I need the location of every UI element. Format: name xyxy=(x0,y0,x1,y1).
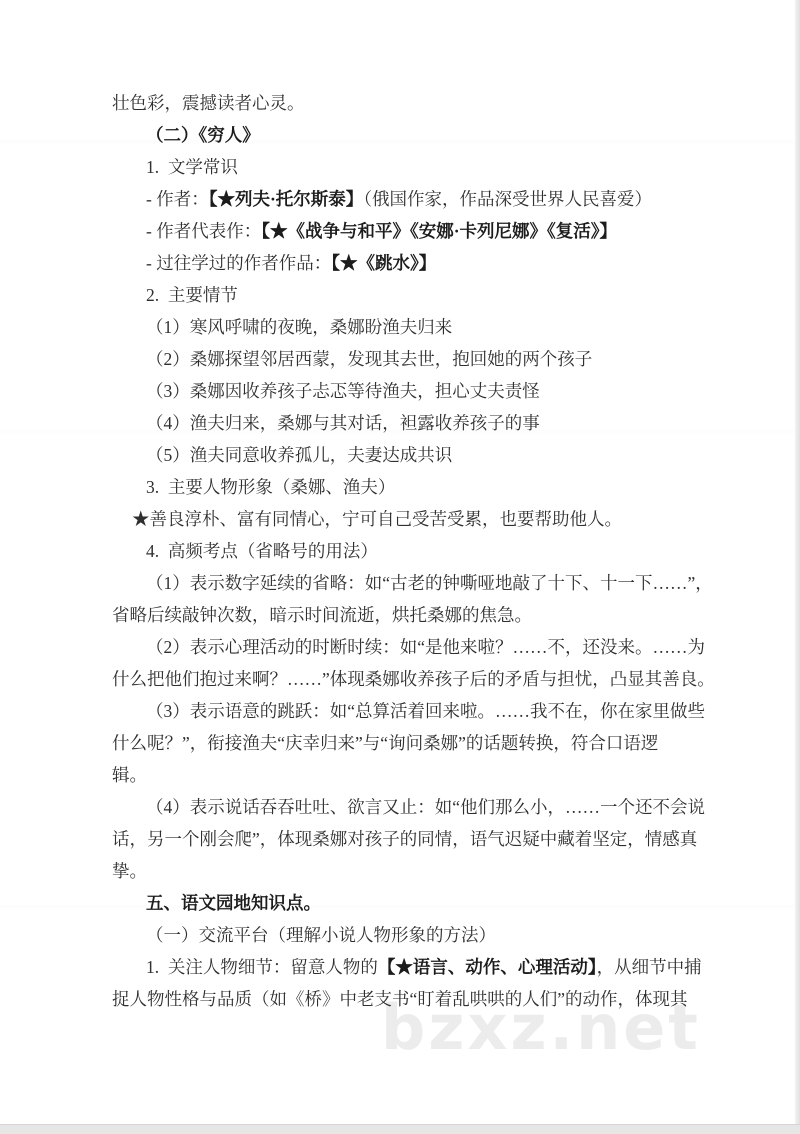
text-line: 壮色彩，震撼读者心灵。 xyxy=(112,87,690,119)
text-line: （1）寒风呼啸的夜晚，桑娜盼渔夫归来 xyxy=(146,311,690,343)
text-line: 省略后续敲钟次数，暗示时间流逝，烘托桑娜的焦急。 xyxy=(112,599,690,631)
text-line: （2）桑娜探望邻居西蒙，发现其去世，抱回她的两个孩子 xyxy=(146,343,690,375)
text-segment: （3）表示语意的跳跃：如“总算活着回来啦。……我不在，你在家里做些 xyxy=(146,701,705,721)
text-line: ★善良淳朴、富有同情心，宁可自己受苦受累，也要帮助他人。 xyxy=(132,503,690,535)
text-line: 3. 主要人物形象（桑娜、渔夫） xyxy=(146,471,690,503)
text-segment: 捉人物性格与品质（如《桥》中老支书“盯着乱哄哄的人们”的动作，体现其 xyxy=(112,989,688,1009)
text-line: （二）《穷人》 xyxy=(146,119,690,151)
text-segment: 1. 关注人物细节：留意人物的 xyxy=(146,957,378,977)
text-line: （一）交流平台（理解小说人物形象的方法） xyxy=(146,919,690,951)
text-segment: （俄国作家，作品深受世界人民喜爱） xyxy=(363,189,652,209)
text-line: 1. 文学常识 xyxy=(146,151,690,183)
text-line: 捉人物性格与品质（如《桥》中老支书“盯着乱哄哄的人们”的动作，体现其 xyxy=(112,983,690,1015)
text-segment: 什么呢？”，衔接渔夫“庆幸归来”与“询问桑娜”的话题转换，符合口语逻 xyxy=(112,733,658,753)
text-segment: - 作者代表作： xyxy=(146,221,261,241)
text-line: 什么把他们抱过来啊？……”体现桑娜收养孩子后的矛盾与担忧，凸显其善良。 xyxy=(112,663,690,695)
text-segment: 2. 主要情节 xyxy=(146,285,238,305)
text-segment: （2）桑娜探望邻居西蒙，发现其去世，抱回她的两个孩子 xyxy=(146,349,592,369)
text-segment: ，从细节中捕 xyxy=(597,957,702,977)
highlighted-text-segment: 五、语文园地知识点。 xyxy=(146,893,321,913)
text-line: - 作者代表作：【★《战争与和平》《安娜·卡列尼娜》《复活》】 xyxy=(146,215,690,247)
page-bottom-edge xyxy=(0,1124,800,1134)
text-segment: 4. 高频考点（省略号的用法） xyxy=(146,541,378,561)
highlighted-text-segment: 【★《战争与和平》《安娜·卡列尼娜》《复活》】 xyxy=(261,221,617,241)
text-line: 2. 主要情节 xyxy=(146,279,690,311)
text-line: 什么呢？”，衔接渔夫“庆幸归来”与“询问桑娜”的话题转换，符合口语逻 xyxy=(112,727,690,759)
document-text: 壮色彩，震撼读者心灵。（二）《穷人》1. 文学常识- 作者：【★列夫·托尔斯泰】… xyxy=(112,87,690,1015)
text-segment: （3）桑娜因收养孩子忐忑等待渔夫，担心丈夫责怪 xyxy=(146,381,540,401)
text-segment: 省略后续敲钟次数，暗示时间流逝，烘托桑娜的焦急。 xyxy=(112,605,532,625)
document-page: bzxz.net 壮色彩，震撼读者心灵。（二）《穷人》1. 文学常识- 作者：【… xyxy=(0,0,800,1134)
text-line: 挚。 xyxy=(112,855,690,887)
text-line: （5）渔夫同意收养孤儿，夫妻达成共识 xyxy=(146,439,690,471)
text-line: 4. 高频考点（省略号的用法） xyxy=(146,535,690,567)
text-segment: （1）寒风呼啸的夜晚，桑娜盼渔夫归来 xyxy=(146,317,452,337)
text-line: 辑。 xyxy=(112,759,690,791)
page-right-edge xyxy=(795,0,800,1134)
text-segment: 什么把他们抱过来啊？……”体现桑娜收养孩子后的矛盾与担忧，凸显其善良。 xyxy=(112,669,715,689)
text-line: （3）桑娜因收养孩子忐忑等待渔夫，担心丈夫责怪 xyxy=(146,375,690,407)
text-line: （2）表示心理活动的时断时续：如“是他来啦？……不，还没来。……为 xyxy=(146,631,690,663)
text-line: （1）表示数字延续的省略：如“古老的钟嘶哑地敲了十下、十一下……”， xyxy=(146,567,690,599)
highlighted-text-segment: 【★列夫·托尔斯泰】 xyxy=(209,189,364,209)
text-segment: - 过往学过的作者作品： xyxy=(146,253,331,273)
text-line: - 作者：【★列夫·托尔斯泰】（俄国作家，作品深受世界人民喜爱） xyxy=(146,183,690,215)
highlighted-text-segment: 【★《跳水》】 xyxy=(331,253,436,273)
text-segment: 辑。 xyxy=(112,765,147,785)
text-line: 话，另一个刚会爬”，体现桑娜对孩子的同情，语气迟疑中藏着坚定，情感真 xyxy=(112,823,690,855)
text-segment: 3. 主要人物形象（桑娜、渔夫） xyxy=(146,477,395,497)
text-line: （3）表示语意的跳跃：如“总算活着回来啦。……我不在，你在家里做些 xyxy=(146,695,690,727)
text-line: （4）表示说话吞吞吐吐、欲言又止：如“他们那么小，……一个还不会说 xyxy=(146,791,690,823)
highlighted-text-segment: （二）《穷人》 xyxy=(146,125,260,145)
text-segment: 壮色彩，震撼读者心灵。 xyxy=(112,93,305,113)
text-segment: ★善良淳朴、富有同情心，宁可自己受苦受累，也要帮助他人。 xyxy=(132,509,622,529)
text-line: 五、语文园地知识点。 xyxy=(146,887,690,919)
text-segment: 1. 文学常识 xyxy=(146,157,238,177)
text-segment: 话，另一个刚会爬”，体现桑娜对孩子的同情，语气迟疑中藏着坚定，情感真 xyxy=(112,829,697,849)
text-segment: - 作者： xyxy=(146,189,209,209)
text-segment: （4）表示说话吞吞吐吐、欲言又止：如“他们那么小，……一个还不会说 xyxy=(146,797,705,817)
highlighted-text-segment: 【★语言、动作、心理活动】 xyxy=(378,957,597,977)
text-line: （4）渔夫归来，桑娜与其对话，袒露收养孩子的事 xyxy=(146,407,690,439)
text-segment: （1）表示数字延续的省略：如“古老的钟嘶哑地敲了十下、十一下……”， xyxy=(146,573,713,593)
text-segment: （2）表示心理活动的时断时续：如“是他来啦？……不，还没来。……为 xyxy=(146,637,705,657)
text-segment: （5）渔夫同意收养孤儿，夫妻达成共识 xyxy=(146,445,452,465)
text-line: 1. 关注人物细节：留意人物的【★语言、动作、心理活动】，从细节中捕 xyxy=(146,951,690,983)
text-line: - 过往学过的作者作品：【★《跳水》】 xyxy=(146,247,690,279)
text-segment: 挚。 xyxy=(112,861,147,881)
text-segment: （一）交流平台（理解小说人物形象的方法） xyxy=(146,925,496,945)
text-segment: （4）渔夫归来，桑娜与其对话，袒露收养孩子的事 xyxy=(146,413,540,433)
